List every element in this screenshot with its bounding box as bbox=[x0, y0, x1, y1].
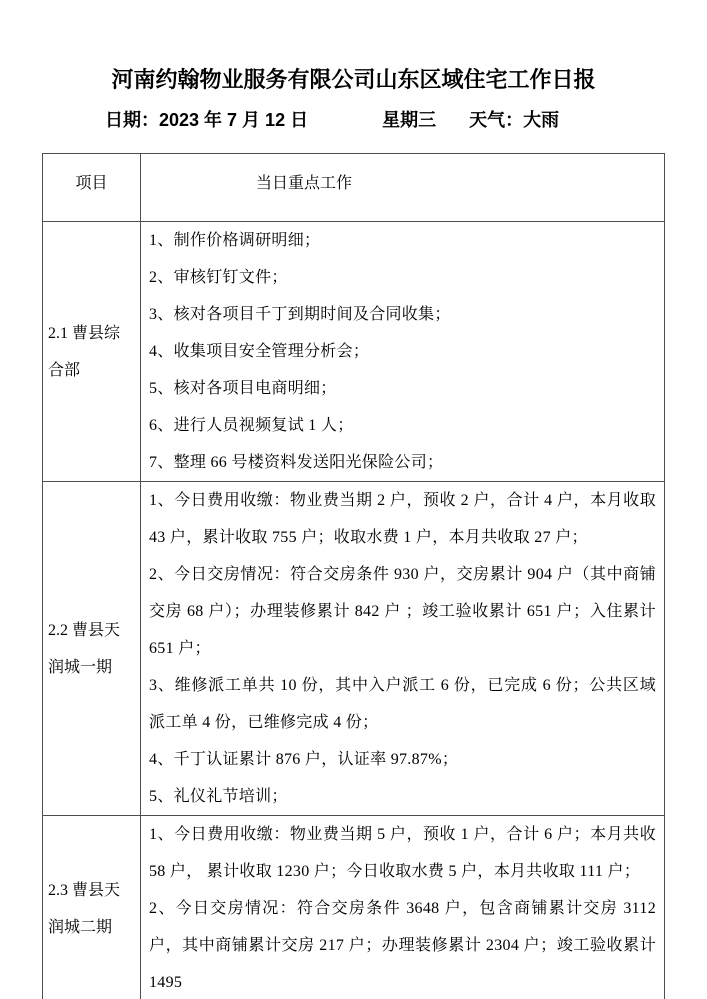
work-item: 2、今日交房情况：符合交房条件 3648 户，包含商铺累计交房 3112 户，其… bbox=[149, 890, 656, 999]
work-item: 7、整理 66 号楼资料发送阳光保险公司； bbox=[149, 444, 656, 481]
date-value: 日期：2023 年 7 月 12 日 bbox=[105, 110, 308, 130]
document-page: 河南约翰物业服务有限公司山东区域住宅工作日报 日期：2023 年 7 月 12 … bbox=[0, 0, 707, 999]
work-cell: 1、今日费用收缴：物业费当期 5 户，预收 1 户，合计 6 户；本月共收 58… bbox=[141, 816, 665, 999]
work-item: 4、收集项目安全管理分析会； bbox=[149, 333, 656, 370]
work-item: 2、审核钉钉文件； bbox=[149, 259, 656, 296]
date-line: 日期：2023 年 7 月 12 日星期三天气：大雨 bbox=[105, 107, 707, 133]
weekday-value: 星期三 bbox=[382, 110, 436, 130]
header-cell-work: 当日重点工作 bbox=[141, 154, 665, 222]
header-cell-project: 项目 bbox=[43, 154, 141, 222]
work-item: 3、核对各项目千丁到期时间及合同收集； bbox=[149, 296, 656, 333]
work-item: 4、千丁认证累计 876 户，认证率 97.87%； bbox=[149, 741, 656, 778]
table-row-caoxian-zongheb: 2.1 曹县综合部 1、制作价格调研明细；2、审核钉钉文件；3、核对各项目千丁到… bbox=[43, 222, 665, 482]
work-item: 1、今日费用收缴：物业费当期 2 户，预收 2 户，合计 4 户，本月收取 43… bbox=[149, 482, 656, 556]
work-cell: 1、今日费用收缴：物业费当期 2 户，预收 2 户，合计 4 户，本月收取 43… bbox=[141, 482, 665, 816]
work-item: 2、今日交房情况：符合交房条件 930 户，交房累计 904 户（其中商铺交房 … bbox=[149, 556, 656, 667]
project-cell: 2.1 曹县综合部 bbox=[43, 222, 141, 482]
work-item: 5、礼仪礼节培训； bbox=[149, 778, 656, 815]
project-cell: 2.3 曹县天润城二期 bbox=[43, 816, 141, 999]
weather-value: 天气：大雨 bbox=[469, 110, 559, 130]
table-header-row: 项目 当日重点工作 bbox=[43, 154, 665, 222]
table-row-tianrun-phase2: 2.3 曹县天润城二期 1、今日费用收缴：物业费当期 5 户，预收 1 户，合计… bbox=[43, 816, 665, 999]
work-item: 5、核对各项目电商明细； bbox=[149, 370, 656, 407]
table-row-tianrun-phase1: 2.2 曹县天润城一期 1、今日费用收缴：物业费当期 2 户，预收 2 户，合计… bbox=[43, 482, 665, 816]
project-cell: 2.2 曹县天润城一期 bbox=[43, 482, 141, 816]
work-item: 3、维修派工单共 10 份，其中入户派工 6 份，已完成 6 份；公共区域派工单… bbox=[149, 667, 656, 741]
work-cell: 1、制作价格调研明细；2、审核钉钉文件；3、核对各项目千丁到期时间及合同收集；4… bbox=[141, 222, 665, 482]
work-item: 1、今日费用收缴：物业费当期 5 户，预收 1 户，合计 6 户；本月共收 58… bbox=[149, 816, 656, 890]
daily-report-table: 项目 当日重点工作 2.1 曹县综合部 1、制作价格调研明细；2、审核钉钉文件；… bbox=[42, 153, 665, 999]
work-item: 6、进行人员视频复试 1 人； bbox=[149, 407, 656, 444]
work-item: 1、制作价格调研明细； bbox=[149, 222, 656, 259]
document-title: 河南约翰物业服务有限公司山东区域住宅工作日报 bbox=[0, 0, 707, 96]
